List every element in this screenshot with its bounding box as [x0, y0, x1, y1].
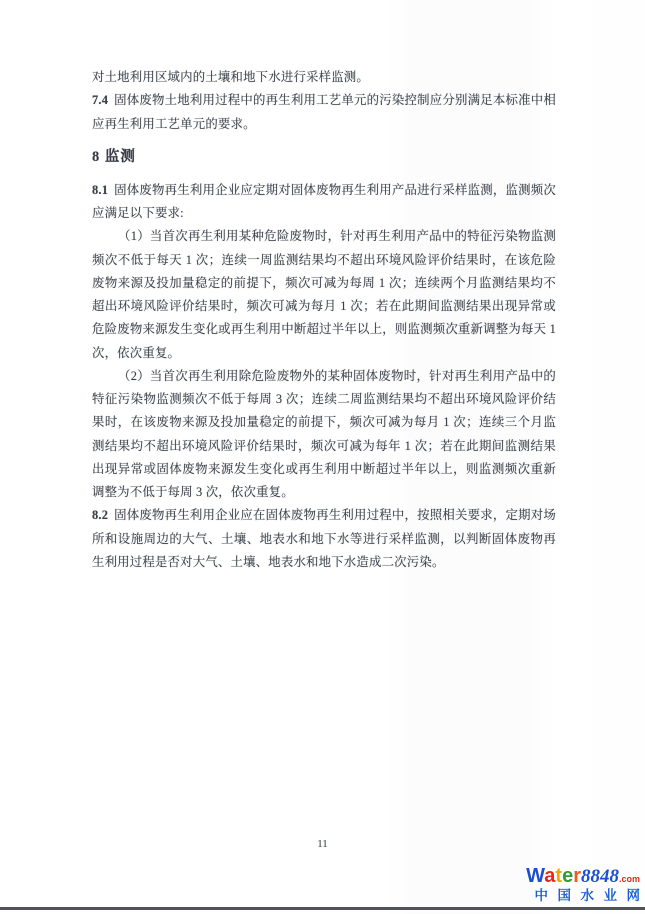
water8848-logo: Water8848.com 中国水业网 [526, 866, 640, 903]
clause-8-2-number: 8.2 [92, 508, 108, 522]
clause-8-1: 8.1固体废物再生利用企业应定期对固体废物再生利用产品进行采样监测，监测频次应满… [92, 179, 556, 226]
page-number: 11 [0, 838, 645, 850]
clause-8-2-text: 固体废物再生利用企业应在固体废物再生利用过程中，按照相关要求，定期对场所和设施周… [92, 508, 556, 569]
clause-8-1-item-2: （2）当首次再生利用除危险废物外的某种固体废物时，针对再生利用产品中的特征污染物… [92, 365, 556, 505]
clause-7-4-text: 固体废物土地利用过程中的再生利用工艺单元的污染控制应分别满足本标准中相应再生利用… [92, 93, 556, 130]
logo-com-text: .com [619, 874, 640, 884]
logo-letter: e [562, 865, 573, 887]
clause-8-1-item-1: （1）当首次再生利用某种危险废物时，针对再生利用产品中的特征污染物监测频次不低于… [92, 225, 556, 365]
paragraph-continuation: 对土地利用区域内的土壤和地下水进行采样监测。 [92, 66, 556, 89]
clause-7-4-number: 7.4 [92, 93, 108, 107]
clause-8-2: 8.2固体废物再生利用企业应在固体废物再生利用过程中，按照相关要求，定期对场所和… [92, 504, 556, 574]
logo-letter: a [544, 865, 555, 887]
logo-subtitle: 中国水业网 [526, 889, 645, 903]
logo-letter: W [526, 865, 544, 887]
clause-7-4: 7.4固体废物土地利用过程中的再生利用工艺单元的污染控制应分别满足本标准中相应再… [92, 89, 556, 136]
clause-8-1-text: 固体废物再生利用企业应定期对固体废物再生利用产品进行采样监测，监测频次应满足以下… [92, 183, 556, 220]
logo-8848-text: 8848 [581, 866, 619, 887]
document-body: 对土地利用区域内的土壤和地下水进行采样监测。 7.4固体废物土地利用过程中的再生… [92, 66, 556, 574]
section-8-heading: 8 监测 [92, 144, 556, 170]
logo-water-text: Water [526, 869, 581, 886]
bottom-divider [0, 907, 645, 910]
clause-8-1-number: 8.1 [92, 183, 108, 197]
document-page: 对土地利用区域内的土壤和地下水进行采样监测。 7.4固体废物土地利用过程中的再生… [0, 0, 645, 914]
logo-wordmark: Water8848.com [526, 866, 640, 886]
logo-letter: r [573, 865, 581, 887]
